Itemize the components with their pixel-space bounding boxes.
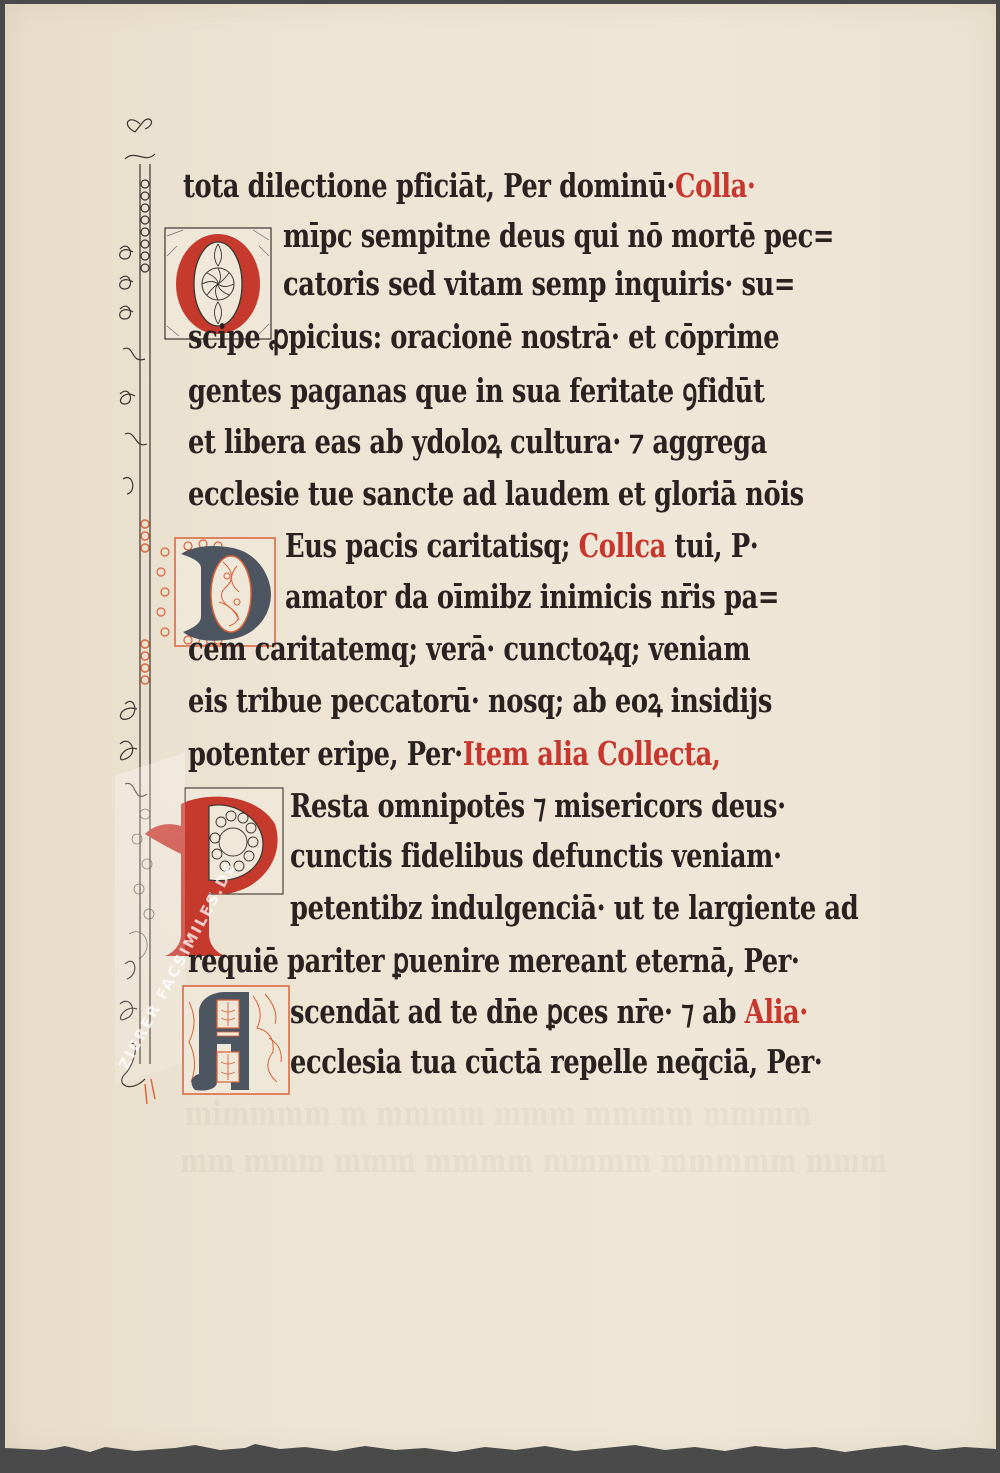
line-text: potenter eripe, Per·	[188, 734, 463, 773]
line-text: tui, P·	[666, 526, 758, 565]
text-line-2: mīpc sempitne deus qui nō mortē pec=	[283, 216, 834, 256]
text-line-7: ecclesie tue sancte ad laudem et gloriā …	[188, 474, 804, 514]
text-line-12: potenter eripe, Per·Item alia Collecta,	[188, 734, 720, 774]
line-text: catoris sed vitam semp inquiris· su=	[283, 264, 795, 303]
text-line-8: Eus pacis caritatisq; Collca tui, P·	[285, 526, 758, 566]
line-text: scipe ꝓpicius: oracionē nostrā· et cōpri…	[188, 317, 779, 356]
line-text: tota dilectione pficiāt, Per dominū·	[183, 166, 675, 205]
rubric-heading: Alia·	[745, 992, 808, 1031]
text-line-13: Resta omnipotēs ⁊ misericors deus·	[290, 786, 786, 826]
text-line-10: cem caritatemq; verā· cunctoꝝq; veniam	[188, 629, 750, 669]
line-text: eis tribue peccatorū· nosq; ab eoꝝ insid…	[188, 681, 772, 720]
line-text: scendāt ad te dn̄e ꝑces nr̄e· ⁊ ab	[290, 992, 745, 1031]
text-line-16: requiē pariter ꝑuenire mereant eternā, P…	[188, 941, 800, 981]
text-line-17: scendāt ad te dn̄e ꝑces nr̄e· ⁊ ab Alia·	[290, 992, 808, 1032]
text-block: tota dilectione pficiāt, Per dominū·Coll…	[5, 4, 996, 1454]
line-text: ecclesia tua cūctā repelle neq̄ciā, Per·	[290, 1042, 822, 1081]
text-line-15: petentibz indulgenciā· ut te largiente a…	[290, 888, 858, 928]
rubric-heading: Collca	[579, 526, 666, 565]
manuscript-page: mimmmm m mmmm mmm mmmm mmmm mm mmm mmm m…	[5, 4, 996, 1454]
line-text: Eus pacis caritatisq;	[285, 526, 579, 565]
line-text: petentibz indulgenciā· ut te largiente a…	[290, 888, 858, 927]
line-text: cem caritatemq; verā· cunctoꝝq; veniam	[188, 629, 750, 668]
line-text: Resta omnipotēs ⁊ misericors deus·	[290, 786, 786, 825]
text-line-11: eis tribue peccatorū· nosq; ab eoꝝ insid…	[188, 681, 772, 721]
rubric-heading: Colla·	[675, 166, 756, 205]
line-text: gentes paganas que in sua feritate ꝯfidū…	[188, 371, 765, 410]
text-line-18: ecclesia tua cūctā repelle neq̄ciā, Per·	[290, 1042, 822, 1082]
line-text: mīpc sempitne deus qui nō mortē pec=	[283, 216, 834, 255]
text-line-1: tota dilectione pficiāt, Per dominū·Coll…	[183, 166, 755, 206]
text-line-14: cunctis fidelibus defunctis veniam·	[290, 836, 782, 876]
line-text: cunctis fidelibus defunctis veniam·	[290, 836, 782, 875]
text-line-3: catoris sed vitam semp inquiris· su=	[283, 264, 795, 304]
line-text: ecclesie tue sancte ad laudem et gloriā …	[188, 474, 804, 513]
line-text: amator da oīmibz inimicis nr̄is pa=	[285, 577, 779, 616]
text-line-6: et libera eas ab ydoloꝝ cultura· ⁊ aggre…	[188, 422, 767, 462]
line-text: requiē pariter ꝑuenire mereant eternā, P…	[188, 941, 800, 980]
text-line-4: scipe ꝓpicius: oracionē nostrā· et cōpri…	[188, 317, 779, 357]
text-line-5: gentes paganas que in sua feritate ꝯfidū…	[188, 371, 765, 411]
line-text: et libera eas ab ydoloꝝ cultura· ⁊ aggre…	[188, 422, 767, 461]
rubric-heading: Item alia Collecta,	[463, 734, 721, 773]
text-line-9: amator da oīmibz inimicis nr̄is pa=	[285, 577, 779, 617]
